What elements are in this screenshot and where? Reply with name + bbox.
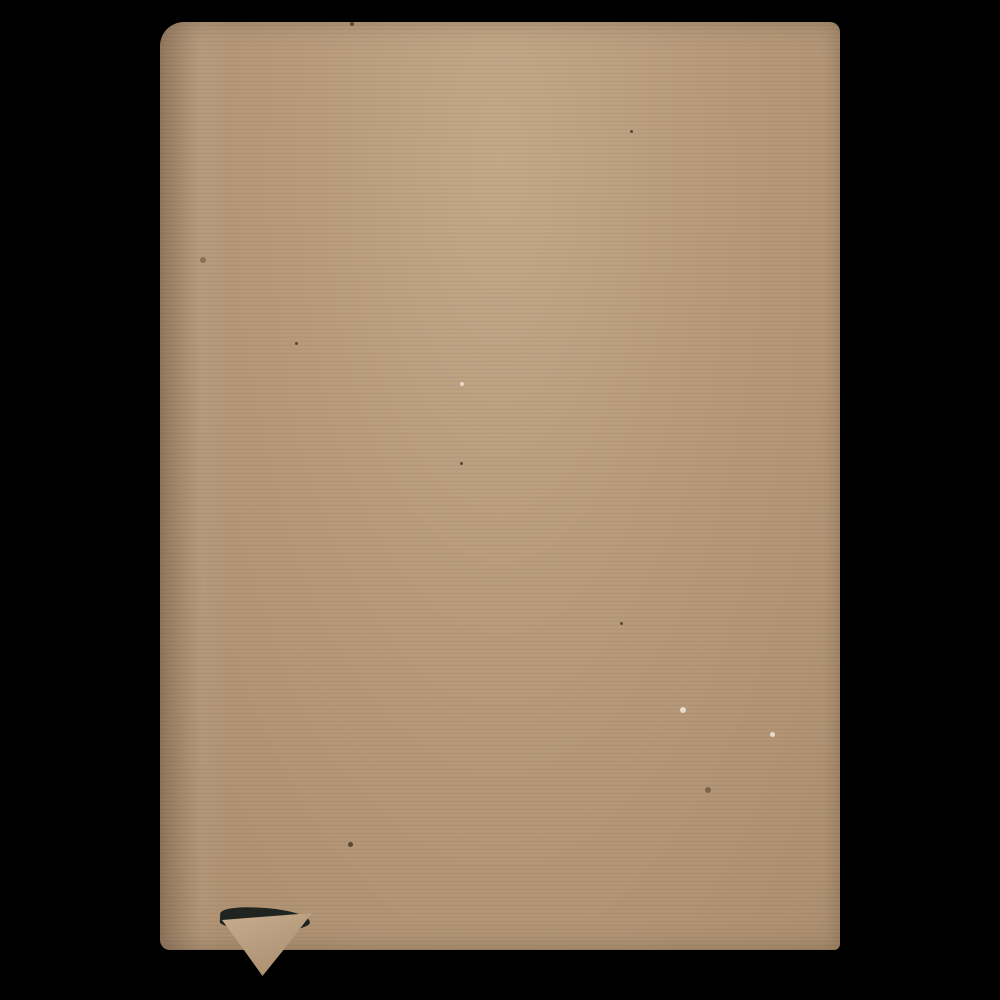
speck [705,787,711,793]
wrapped-book [160,22,840,950]
speck [620,622,623,625]
speck [295,342,298,345]
light-speck [680,707,686,713]
speck [460,462,463,465]
speck [630,130,633,133]
speck [200,257,206,263]
spine-fold [160,22,230,950]
speck [350,22,354,26]
light-speck [770,732,775,737]
light-speck [460,382,464,386]
speck [348,842,353,847]
